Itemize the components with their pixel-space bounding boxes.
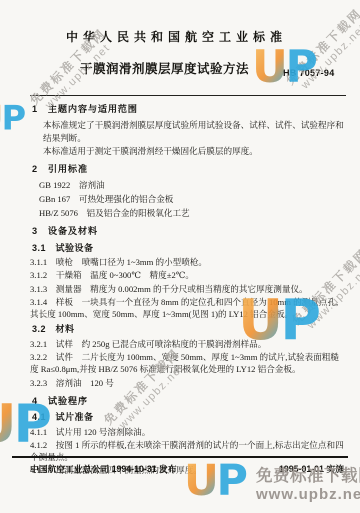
standard-document-page: 中华人民共和国航空工业标准 干膜润滑剂膜层厚度试验方法 HB 7057-94 1… (0, 0, 360, 513)
up-logo-icon: U P (0, 96, 34, 140)
subsection-heading: 3.2 材料 (32, 323, 345, 335)
clause-paragraph: 3.1.1 喷枪 喷嘴口径为 1~3mm 的小型喷枪。 (30, 256, 345, 268)
document-body: 1 主题内容与适用范围 本标准规定了干膜润滑剂膜层厚度试验所用试验设备、试样、试… (30, 103, 345, 478)
header-divider (30, 95, 346, 96)
footer-divider (12, 456, 348, 458)
section-heading: 4 试验程序 (32, 395, 345, 407)
standard-number: HB 7057-94 (283, 68, 335, 78)
watermark-site-name: 免费标准下载网 (254, 0, 360, 116)
watermark-site-url: www.upbz.net (256, 486, 360, 504)
clause-paragraph: 4.1.2 按图 1 所示的样板,在未喷涂干膜润滑剂的试片的一个面上,标志出定位… (30, 439, 345, 464)
paragraph: 本标准规定了干膜润滑剂膜层厚度试验所用试验设备、试样、试件、试验程序和结果判断。 (30, 119, 345, 144)
reference-item: HB/Z 5076 铝及铝合金的阳极氧化工艺 (30, 207, 345, 219)
clause-paragraph: 3.2.3 溶剂油 120 号 (30, 377, 345, 389)
svg-text:U: U (0, 99, 3, 138)
upbz-logo-watermark: U P (0, 96, 34, 140)
clause-paragraph: 4.1.1 试片用 120 号溶剂除油。 (30, 426, 345, 438)
document-title: 干膜润滑剂膜层厚度试验方法 (80, 59, 249, 77)
svg-text:U: U (0, 395, 16, 455)
section-heading: 3 设备及材料 (32, 225, 345, 237)
reference-item: GB 1922 溶剂油 (30, 179, 345, 191)
section-heading: 2 引用标准 (32, 163, 345, 175)
subsection-heading: 4.1 试片准备 (32, 411, 345, 423)
clause-paragraph: 3.2.1 试样 约 250g 已混合成可喷涂粘度的干膜润滑剂样品。 (30, 338, 345, 350)
subsection-heading: 3.1 试验设备 (32, 242, 345, 254)
up-logo-icon: U P (252, 38, 328, 96)
clause-paragraph: 3.1.3 测量器 精度为 0.002mm 的千分尺或相当精度的其它厚度测量仪。 (30, 283, 345, 295)
section-heading: 1 主题内容与适用范围 (32, 103, 345, 115)
reference-item: GBn 167 可热处理强化的铝合金板 (30, 193, 345, 205)
clause-paragraph: 3.1.4 样板 一块具有一个直径为 8mm 的定位孔和四个直径为 10mm 的… (30, 296, 345, 321)
standard-body-title: 中华人民共和国航空工业标准 (66, 28, 287, 45)
upbz-logo-watermark: U P (252, 38, 328, 96)
issuing-body-and-date: 中国航空工业总公司 1994-10-31 发布 (30, 462, 177, 475)
clause-paragraph: 3.2.2 试件 二片长度为 100mm、宽度 50mm、厚度 1~3mm 的试… (30, 351, 345, 376)
effective-date: 1995-01-01 实施 (279, 462, 344, 475)
clause-paragraph: 3.1.2 干燥箱 温度 0~300℃ 精度±2℃。 (30, 269, 345, 281)
svg-text:P: P (2, 99, 27, 138)
paragraph: 本标准适用于测定干膜润滑剂经干燥固化后膜层的厚度。 (30, 145, 345, 157)
